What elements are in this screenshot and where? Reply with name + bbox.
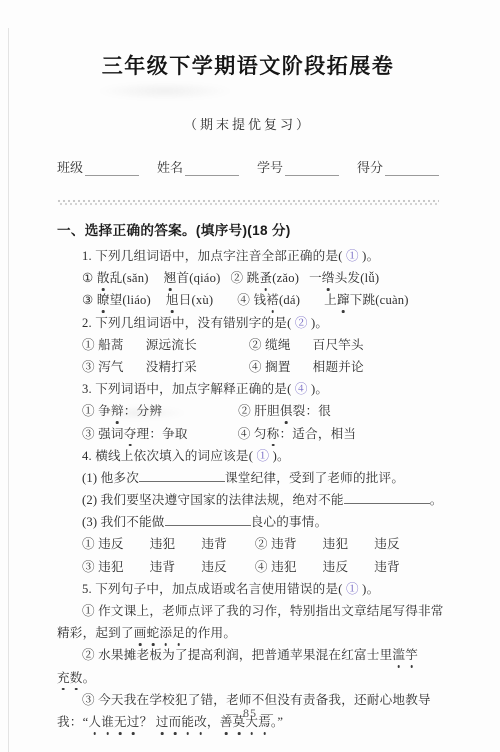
text-segment: ② 缆绳 — [249, 338, 291, 352]
field-student-id-blank — [285, 162, 339, 176]
emphasized-char: 蛇 — [147, 622, 160, 644]
text-segment: (1) 他多次 — [82, 471, 139, 485]
text-segment: 课堂纪律，受到了老师的批评。 — [225, 471, 404, 485]
emphasized-char: 散 — [97, 267, 110, 289]
text-segment: ：分辨 — [124, 404, 162, 418]
text-segment: 源远流长 — [146, 338, 197, 352]
decorative-divider — [57, 199, 439, 206]
text-line: 3. 下列词语中，加点字解释正确的是( ④ )。 — [82, 378, 439, 400]
text-segment: ② 肝胆 — [238, 404, 280, 418]
text-line: ① 违反违犯违背② 违背违犯违反 — [82, 533, 439, 555]
text-segment: ① 船蒿 — [82, 338, 124, 352]
field-name: 姓名 — [157, 157, 239, 176]
text-segment: )。 — [359, 582, 380, 596]
text-segment: ① 违反 — [82, 537, 124, 551]
fill-in-blank — [139, 469, 225, 482]
text-segment: 相题并论 — [313, 360, 364, 374]
question-lines: 1. 下列几组词语中，加点字注音全部正确的是( ① )。① 散乱(sǎn)翘首(… — [57, 245, 439, 733]
text-segment: (dá) — [279, 293, 300, 307]
field-class: 班级 — [57, 157, 139, 176]
text-segment: (zǎo) — [272, 271, 299, 285]
text-line: (1) 他多次课堂纪律，受到了老师的批评。 — [82, 467, 439, 489]
text-segment: ③ 强词 — [82, 427, 124, 441]
text-line: 充数。 — [57, 667, 439, 689]
field-name-label: 姓名 — [157, 157, 183, 176]
text-line: 2. 下列几组词语中，没有错别字的是( ② )。 — [82, 312, 439, 334]
text-segment: ③ 今天我在学校犯了错，老师不但没有责备我，还耐心地教导 — [82, 693, 431, 707]
fill-in-blank — [165, 513, 251, 526]
text-segment: ④ 匀 — [238, 427, 267, 441]
field-class-label: 班级 — [57, 157, 83, 176]
text-segment: 违犯 — [323, 537, 349, 551]
text-segment: 违反 — [201, 560, 227, 574]
text-segment: 违反 — [323, 560, 349, 574]
emphasized-char: 夺 — [124, 423, 137, 445]
field-student-id-label: 学号 — [257, 157, 283, 176]
emphasized-char: 旭 — [166, 289, 179, 311]
field-name-blank — [185, 162, 239, 176]
text-segment: ④ 违犯 — [255, 560, 297, 574]
answer-mark: ① — [346, 582, 359, 596]
text-line: ③ 瞭望(liáo)旭日(xù)④ 钱褡(dá)上蹿下跳(cuàn) — [82, 289, 439, 311]
emphasized-char: 添 — [159, 622, 172, 644]
paper-content: 三年级下学期语文阶段拓展卷 （期末提优复习） 班级 姓名 学号 得分 一、选择正… — [57, 0, 439, 733]
text-segment: ：适合，相当 — [279, 427, 356, 441]
text-segment: (2) 我们要坚决遵守国家的法律法规，绝对不能 — [82, 493, 344, 507]
text-line: 4. 横线上依次填入的词应该是( ① )。 — [82, 445, 439, 467]
text-segment: 百尺竿头 — [313, 338, 364, 352]
emphasized-char: 数 — [70, 667, 83, 689]
text-line: 精彩，起到了画蛇添足的作用。 — [57, 622, 439, 644]
text-segment: ③ 泻气 — [82, 360, 124, 374]
text-segment: ④ 搁置 — [249, 360, 291, 374]
text-line: (2) 我们要坚决遵守国家的法律法规，绝对不能。 — [82, 489, 439, 511]
field-score: 得分 — [357, 157, 439, 176]
field-score-blank — [385, 162, 439, 176]
text-segment: 2. 下列几组词语中，没有错别字的是( — [82, 316, 295, 330]
emphasized-char: 滥 — [392, 644, 405, 666]
paper-subtitle: （期末提优复习） — [57, 114, 439, 133]
text-segment: 望(liáo) — [110, 293, 151, 307]
text-line: (3) 我们不能做良心的事情。 — [82, 511, 439, 533]
emphasized-char: 辩 — [111, 400, 124, 422]
emphasized-char: 蹿 — [337, 289, 350, 311]
text-segment: ① — [82, 271, 97, 285]
text-line: ① 争辩：分辨② 肝胆俱裂：很 — [82, 400, 439, 422]
field-student-id: 学号 — [257, 157, 339, 176]
emphasized-char: 翘 — [164, 267, 177, 289]
fill-in-blank — [344, 491, 430, 504]
text-line: ③ 强词夺理：争取④ 匀称：适合，相当 — [82, 423, 439, 445]
text-segment: ③ — [82, 293, 97, 307]
text-segment: 1. 下列几组词语中，加点字注音全部正确的是( — [82, 249, 346, 263]
text-segment: ① 争 — [82, 404, 111, 418]
text-line: ① 作文课上，老师点评了我的习作，特别指出文章结尾写得非常 — [82, 600, 439, 622]
text-segment: 裂：很 — [293, 404, 331, 418]
paper-title: 三年级下学期语文阶段拓展卷 — [57, 50, 439, 80]
emphasized-char: 足 — [172, 622, 185, 644]
page-number: — 85 — — [0, 706, 500, 721]
text-segment: ③ 违犯 — [82, 560, 124, 574]
exam-paper-page: 三年级下学期语文阶段拓展卷 （期末提优复习） 班级 姓名 学号 得分 一、选择正… — [0, 0, 500, 752]
text-segment: (3) 我们不能做 — [82, 515, 165, 529]
text-segment: 一 — [309, 271, 322, 285]
text-line: ③ 违犯违背违反④ 违犯违反违背 — [82, 556, 439, 578]
emphasized-char: 蚤 — [259, 267, 272, 289]
text-segment: )。 — [308, 316, 329, 330]
text-segment: 违背 — [150, 560, 176, 574]
text-segment: )。 — [359, 249, 380, 263]
text-line: ① 船蒿源远流长② 缆绳百尺竿头 — [82, 334, 439, 356]
text-segment: 5. 下列句子中，加点成语或名言使用错误的是( — [82, 582, 346, 596]
emphasized-char: 竽 — [405, 644, 418, 666]
emphasized-char: 瞭 — [97, 289, 110, 311]
text-segment: )。 — [308, 382, 329, 396]
emphasized-char: 画 — [134, 622, 147, 644]
text-line: ② 水果摊老板为了提高利润，把普通苹果混在红富士里滥竽 — [82, 644, 439, 666]
text-segment: 违反 — [374, 537, 400, 551]
student-info-row: 班级 姓名 学号 得分 — [57, 157, 439, 176]
answer-mark: ④ — [295, 382, 308, 396]
text-line: 1. 下列几组词语中，加点字注音全部正确的是( ① )。 — [82, 245, 439, 267]
text-segment: ② 跳 — [231, 271, 260, 285]
text-segment: 的作用。 — [185, 626, 236, 640]
answer-mark: ① — [256, 449, 269, 463]
text-segment: ② 水果摊老板为了提高利润，把普通苹果混在红富士里 — [82, 648, 392, 662]
text-segment: 没精打采 — [146, 360, 197, 374]
answer-mark: ② — [295, 316, 308, 330]
emphasized-char: 绺 — [322, 267, 335, 289]
text-segment: 理：争取 — [137, 427, 188, 441]
text-segment: 首(qiáo) — [176, 271, 220, 285]
text-segment: 违背 — [201, 537, 227, 551]
emphasized-char: 褡 — [266, 289, 279, 311]
text-segment: ① 作文课上，老师点评了我的习作，特别指出文章结尾写得非常 — [82, 604, 444, 618]
text-segment: 精彩，起到了 — [57, 626, 134, 640]
text-line: ① 散乱(sǎn)翘首(qiáo)② 跳蚤(zǎo)一绺头发(lǚ) — [82, 267, 439, 289]
section-heading: 一、选择正确的答案。(填序号)(18 分) — [57, 219, 439, 239]
field-class-blank — [85, 162, 139, 176]
field-score-label: 得分 — [357, 157, 383, 176]
answer-mark: ① — [346, 249, 359, 263]
text-segment: )。 — [269, 449, 290, 463]
text-line: ③ 泻气没精打采④ 搁置相题并论 — [82, 356, 439, 378]
text-segment: ② 违背 — [255, 537, 297, 551]
emphasized-char: 充 — [57, 667, 70, 689]
text-segment: 违背 — [374, 560, 400, 574]
text-segment: 良心的事情。 — [251, 515, 328, 529]
text-segment: 乱(sǎn) — [110, 271, 149, 285]
emphasized-char: 俱 — [280, 400, 293, 422]
text-segment: 。 — [83, 671, 96, 685]
text-segment: 日(xù) — [179, 293, 214, 307]
emphasized-char: 称 — [267, 423, 280, 445]
text-segment: 3. 下列词语中，加点字解释正确的是( — [82, 382, 295, 396]
text-segment: 下跳(cuàn) — [350, 293, 409, 307]
text-segment: 上 — [324, 293, 337, 307]
text-segment: 头发(lǚ) — [335, 271, 380, 285]
text-segment: 违犯 — [150, 537, 176, 551]
text-line: 5. 下列句子中，加点成语或名言使用错误的是( ① )。 — [82, 578, 439, 600]
text-segment: 。 — [430, 493, 443, 507]
text-segment: 4. 横线上依次填入的词应该是( — [82, 449, 256, 463]
text-segment: ④ 钱 — [237, 293, 266, 307]
